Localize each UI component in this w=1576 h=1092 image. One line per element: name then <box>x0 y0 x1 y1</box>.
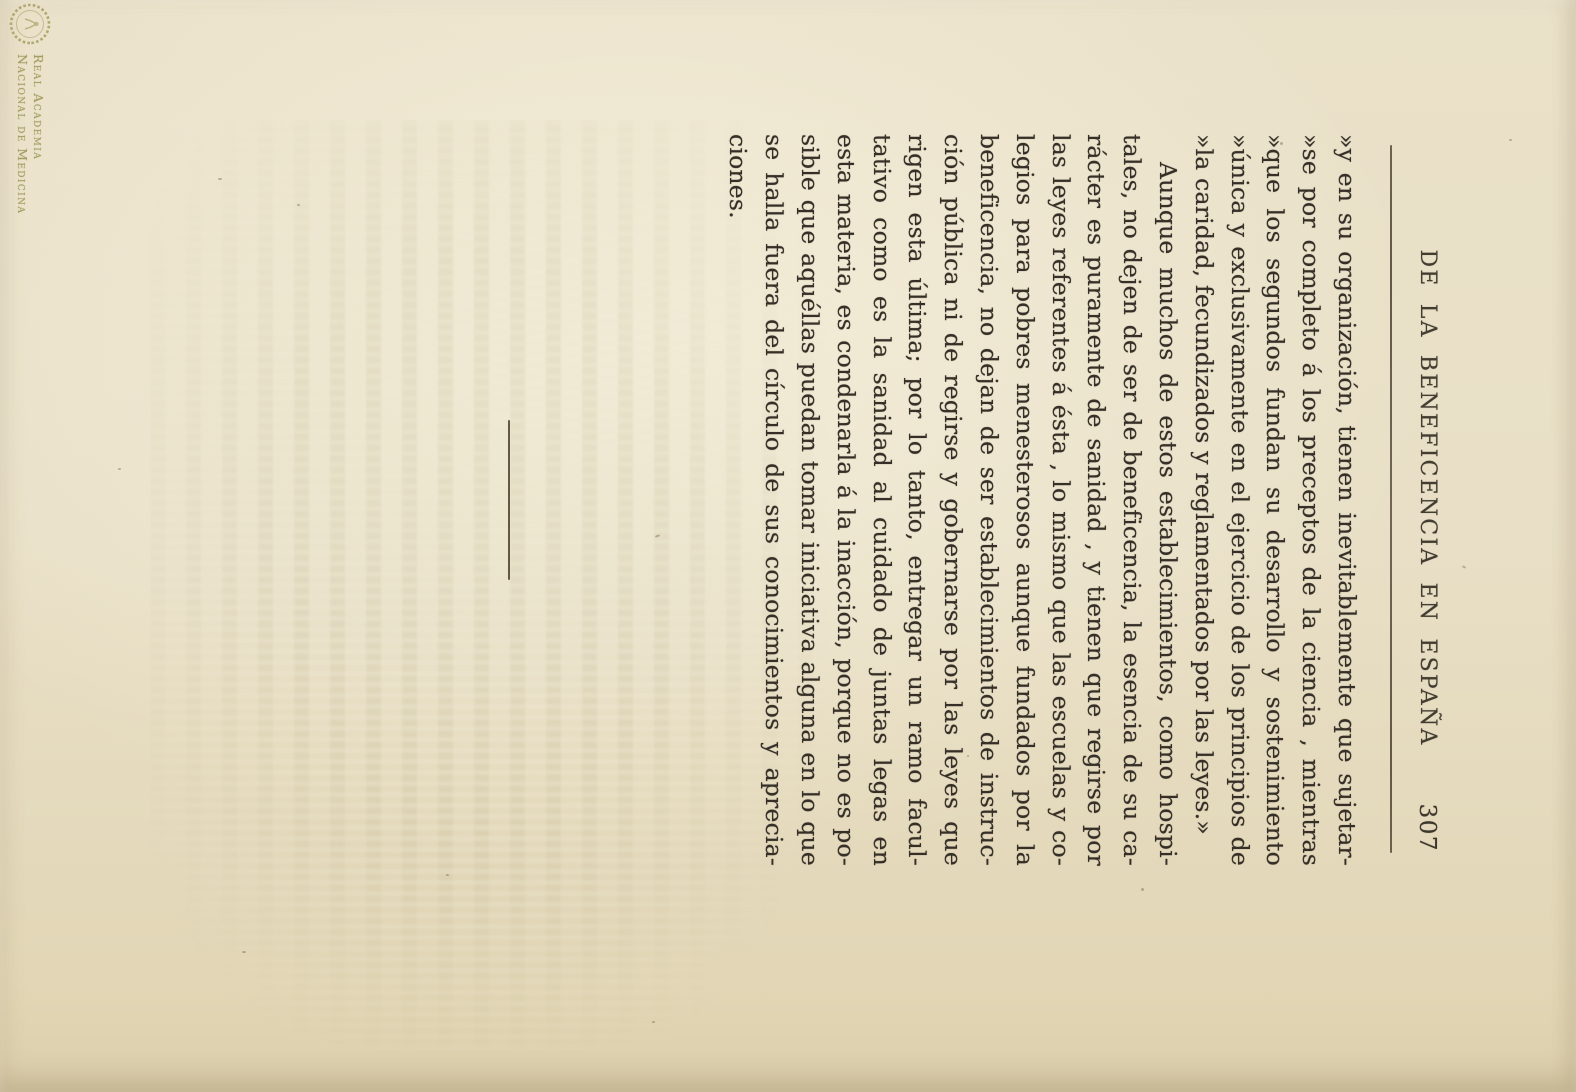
body-line: beneficencia, no dejan de ser establecim… <box>970 134 1006 866</box>
running-head: DE LA BENEFICENCIA EN ESPAÑA 307 <box>1410 142 1440 854</box>
quote-line: »la caridad, fecundizados y reglamentado… <box>1185 134 1221 866</box>
body-line: tativo como es la sanidad al cuidado de … <box>863 134 899 866</box>
quote-line: »se por completo á los preceptos de la c… <box>1292 134 1328 866</box>
body-line: las leyes referentes á ésta , lo mismo q… <box>1042 134 1078 866</box>
scanned-book-page: DE LA BENEFICENCIA EN ESPAÑA 307 »y en s… <box>0 0 1576 1092</box>
quote-line: »que los segundos fundan su desarrollo y… <box>1257 134 1293 866</box>
section-separator-rule <box>508 420 510 580</box>
body-line: sible que aquéllas puedan tomar iniciati… <box>791 134 827 866</box>
quote-line: »única y exclusivamente en el ejercicio … <box>1221 134 1257 866</box>
body-line: rigen esta última; por lo tanto, entrega… <box>899 134 935 866</box>
book-page-rotated: DE LA BENEFICENCIA EN ESPAÑA 307 »y en s… <box>0 0 1576 1092</box>
body-line: Aunque muchos de estos establecimientos,… <box>1149 134 1185 866</box>
header-rule <box>1390 145 1392 853</box>
body-line: esta materia, es condenarla á la inacció… <box>827 134 863 866</box>
stamp-text: Real Academia Nacional de Medicina <box>14 54 47 214</box>
body-line: ción pública ni de regirse y gobernarse … <box>934 134 970 866</box>
body-line: rácter es puramente de sanidad , y tiene… <box>1078 134 1114 866</box>
library-stamp: Real Academia Nacional de Medicina <box>8 2 52 214</box>
quote-line: »y en su organización, tienen inevitable… <box>1328 134 1364 866</box>
quote-paragraph: »y en su organización, tienen inevitable… <box>1185 134 1364 866</box>
text-block: »y en su organización, tienen inevitable… <box>720 134 1364 866</box>
body-line: se halla fuera del círculo de sus conoci… <box>755 134 791 866</box>
stamp-seal-icon <box>8 2 52 46</box>
body-line: legios para pobres menesterosos aunque f… <box>1006 134 1042 866</box>
body-line: ciones. <box>720 134 756 866</box>
page-number: 307 <box>1414 804 1440 852</box>
body-line: tales, no dejen de ser de beneficencia, … <box>1113 134 1149 866</box>
stamp-line-2: Nacional de Medicina <box>14 54 31 214</box>
body-paragraph: Aunque muchos de estos establecimientos,… <box>720 134 1185 866</box>
page-header-title: DE LA BENEFICENCIA EN ESPAÑA <box>1415 249 1440 746</box>
stamp-line-1: Real Academia <box>30 54 47 214</box>
